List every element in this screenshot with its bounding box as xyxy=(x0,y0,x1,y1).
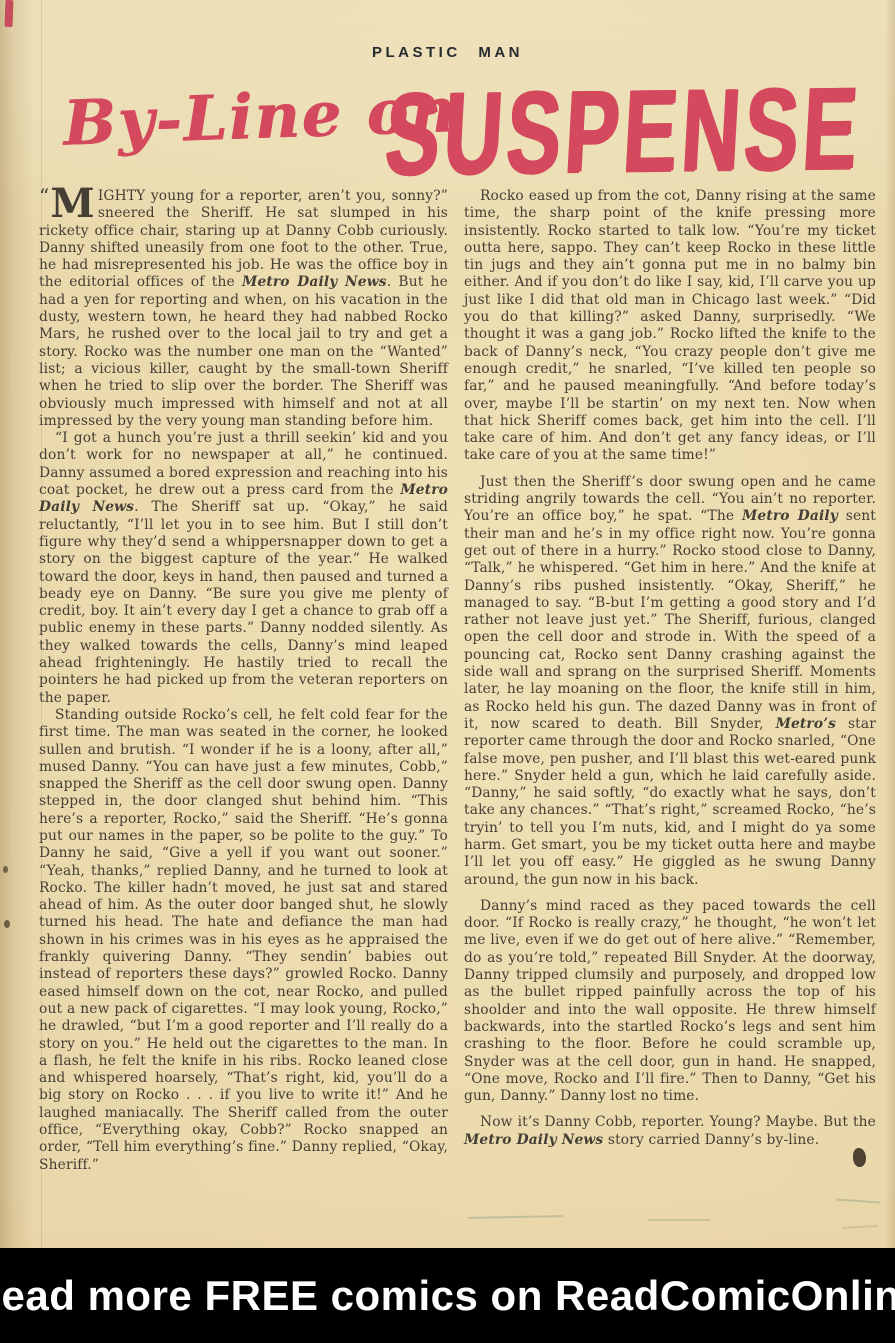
story-paragraph: Now it’s Danny Cobb, reporter. Young? Ma… xyxy=(464,1114,876,1149)
pencil-smudge xyxy=(836,1198,880,1203)
red-ink-mark xyxy=(5,0,14,27)
story-paragraph: Danny’s mind raced as they paced towards… xyxy=(464,898,876,1106)
comic-page: PLASTIC MAN By-Line on SUSPENSE “MIGHTY … xyxy=(0,0,895,1343)
paper-speck xyxy=(4,920,10,928)
pencil-smudge xyxy=(842,1225,878,1229)
story-title-block: SUSPENSE xyxy=(381,63,864,202)
story-column-left: “MIGHTY young for a reporter, aren’t you… xyxy=(39,188,448,1174)
story-column-right: Rocko eased up from the cot, Danny risin… xyxy=(464,188,876,1149)
story-paragraph: “MIGHTY young for a reporter, aren’t you… xyxy=(39,188,448,430)
pencil-smudge xyxy=(468,1215,563,1219)
banner-text: Read more FREE comics on ReadComicOnline xyxy=(0,1272,895,1320)
paper-speck xyxy=(3,866,8,873)
readcomiconline-banner[interactable]: Read more FREE comics on ReadComicOnline xyxy=(0,1248,895,1343)
story-paragraph: “I got a hunch you’re just a thrill seek… xyxy=(39,430,448,707)
pencil-smudge xyxy=(648,1219,710,1221)
ink-blot xyxy=(853,1148,866,1167)
story-paragraph: Just then the Sheriff’s door swung open … xyxy=(464,474,876,889)
story-paragraph: Standing outside Rocko’s cell, he felt c… xyxy=(39,707,448,1174)
comic-series-title: PLASTIC MAN xyxy=(0,44,895,61)
story-paragraph: Rocko eased up from the cot, Danny risin… xyxy=(464,188,876,465)
story-title: By-Line on SUSPENSE xyxy=(55,64,875,194)
